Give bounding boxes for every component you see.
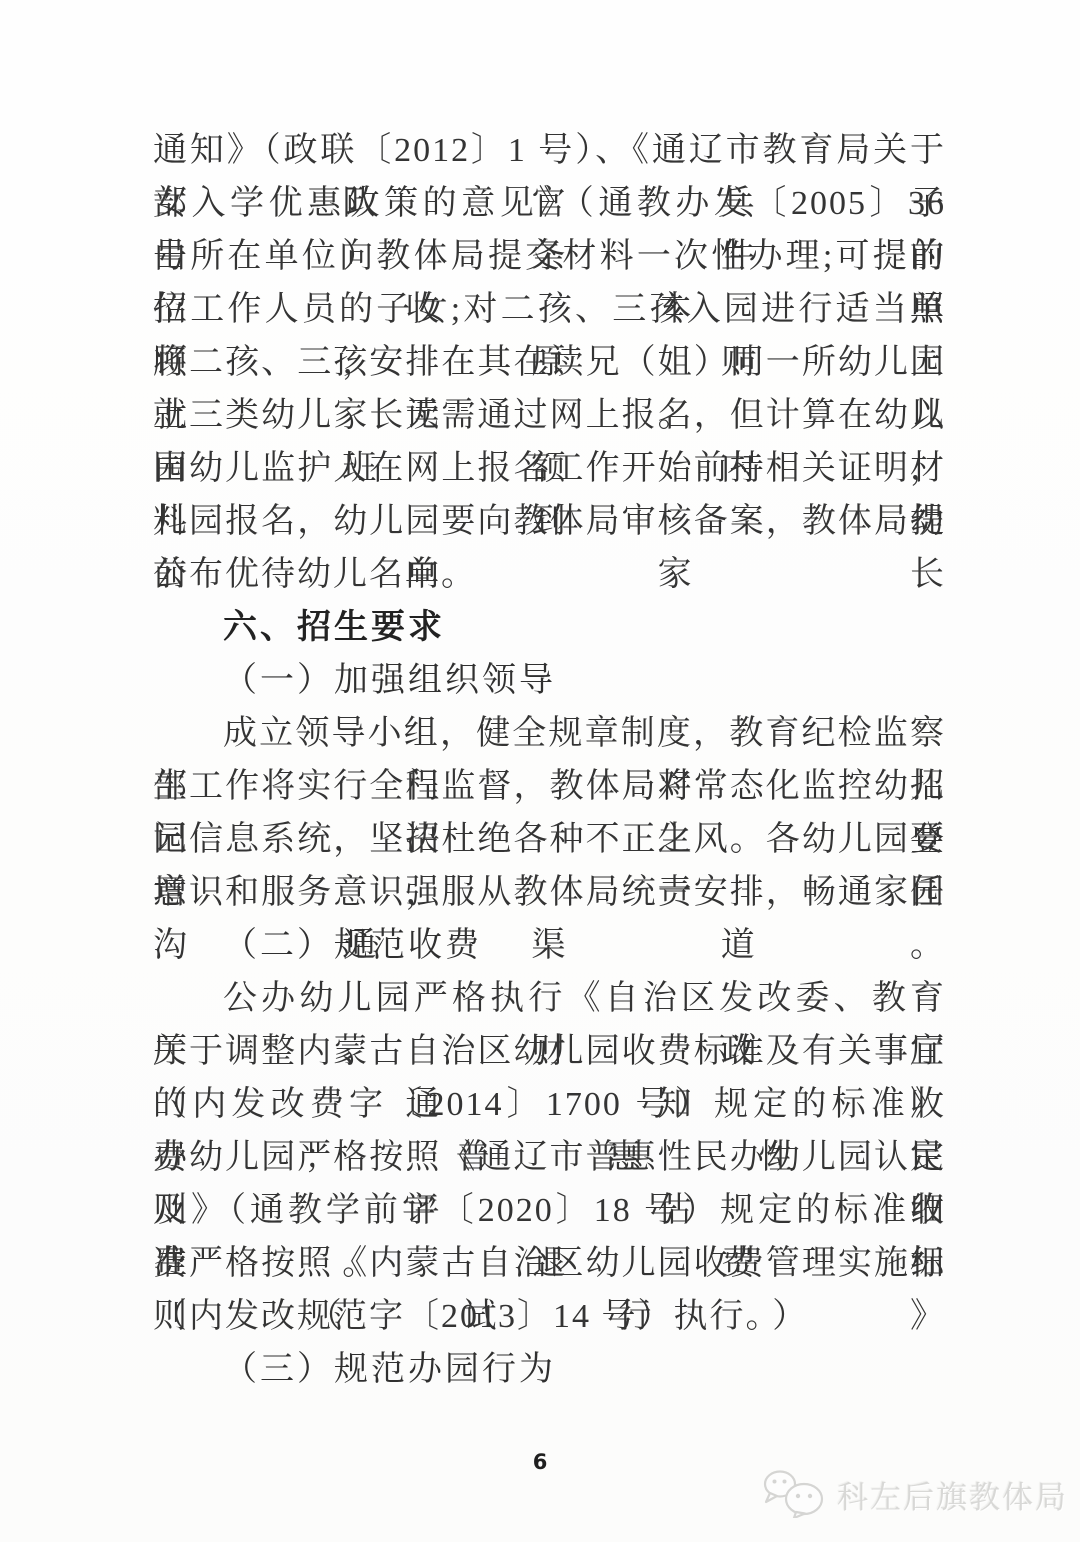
text-line: 由所在单位向教体局提交材料一次性办理;可提前招收本单 (153, 230, 946, 283)
text-line: （三）规范办园行为 (153, 1343, 946, 1396)
text-line: 关于调整内蒙古自治区幼儿园收费标准及有关事宜的通知》 (153, 1025, 946, 1078)
watermark: 科左后旗教体局 (763, 1470, 1068, 1518)
text-line: 上三类幼儿家长无需通过网上报名，但计算在幼儿园班额内， (153, 389, 946, 442)
text-line: 通知》（政联〔2012〕1 号）、《通辽市教育局关于部队官兵子 (153, 124, 946, 177)
text-line: 由幼儿监护人在网上报名工作开始前持相关证明材料到幼 (153, 442, 946, 495)
document-lines: 通知》（政联〔2012〕1 号）、《通辽市教育局关于部队官兵子女入学优惠政策的意… (153, 124, 946, 1396)
text-line: 则》（通教学前字〔2020〕18 号）规定的标准收费。退费标 (153, 1184, 946, 1237)
text-line: （内发改费字〔2014〕1700 号）规定的标准收费；普惠性民 (153, 1078, 946, 1131)
text-line: 公办幼儿园严格执行《自治区发改委、教育厅、财政厅 (153, 972, 946, 1025)
text-line: （一）加强组织领导 (153, 654, 946, 707)
watermark-label: 科左后旗教体局 (837, 1472, 1068, 1517)
text-line: 女入学优惠政策的意见》（通教办发〔2005〕36 号）条件的 (153, 177, 946, 230)
text-line: 生工作将实行全程监督，教体局将常态化监控幼儿园招生登 (153, 760, 946, 813)
text-line: 办幼儿园严格按照《通辽市普惠性民办幼儿园认定及评估细 (153, 1131, 946, 1184)
text-line: 位工作人员的子女;对二孩、三孩入园进行适当照顾，原则上 (153, 283, 946, 336)
text-line: 意识和服务意识，服从教体局统一安排，畅通家园沟通渠道。 (153, 866, 946, 919)
text-line: 成立领导小组，健全规章制度，教育纪检监察部门对招 (153, 707, 946, 760)
text-line: 记信息系统，坚决杜绝各种不正之风。各幼儿园要增强责任 (153, 813, 946, 866)
text-line: 儿园报名，幼儿园要向教体局审核备案，教体局提前向家长 (153, 495, 946, 548)
wechat-icon (763, 1470, 829, 1518)
text-line: 将二孩、三孩安排在其在读兄（姐）同一所幼儿园就读。以 (153, 336, 946, 389)
document-page: 通知》（政联〔2012〕1 号）、《通辽市教育局关于部队官兵子女入学优惠政策的意… (0, 0, 1080, 1542)
text-line: 六、招生要求 (153, 601, 946, 654)
text-line: 准严格按照《内蒙古自治区幼儿园收费管理实施细则（试行）》 (153, 1237, 946, 1290)
